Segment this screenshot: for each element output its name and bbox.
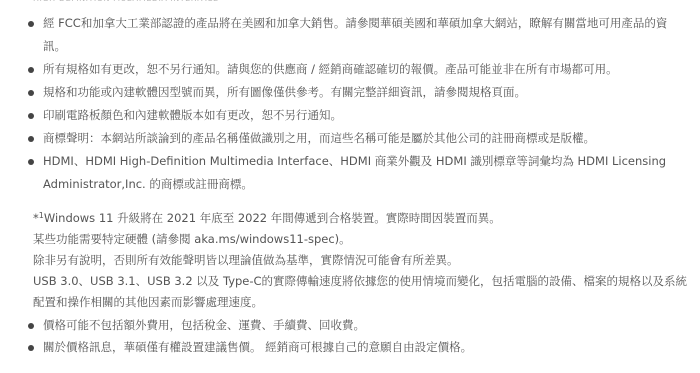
pricing-extra-fees: 價格可能不包括額外費用，包括稅金、運費、手續費、回收費。 bbox=[26, 314, 686, 336]
pricing-suggested-price: 關於價格訊息，華碩僅有權設置建議售價。 經銷商可根據自己的意願自由設定價格。 bbox=[26, 336, 686, 358]
performance-note: 除非另有說明，否則所有效能聲明皆以理論值做為基準，實際情況可能會有所差異。 bbox=[33, 250, 688, 271]
windows-note-paragraph: *1Windows 11 升級將在 2021 年底至 2022 年間傳遞到合格裝… bbox=[33, 205, 688, 229]
header-cut-text: HIGH-DEFINITION MULTIMEDIA INTERFACE bbox=[33, 0, 219, 3]
disclaimer-specs-change: 所有規格如有更改，恕不另行通知。請與您的供應商 / 經銷商確認確切的報價。產品可… bbox=[26, 58, 686, 81]
hardware-note: 某些功能需要特定硬體 (請參閱 aka.ms/windows11-spec)。 bbox=[33, 229, 688, 250]
disclaimer-list: 經 FCC和加拿大工業部認證的產品將在美國和加拿大銷售。請參閱華碩美國和華碩加拿… bbox=[26, 12, 686, 196]
footnotes: *1Windows 11 升級將在 2021 年底至 2022 年間傳遞到合格裝… bbox=[33, 205, 688, 313]
disclaimer-trademark: 商標聲明：本網站所談論到的產品名稱僅做識別之用，而這些名稱可能是屬於其他公司的註… bbox=[26, 127, 686, 150]
disclaimer-hdmi: HDMI、HDMI High-Definition Multimedia Int… bbox=[26, 150, 686, 196]
disclaimer-fcc: 經 FCC和加拿大工業部認證的產品將在美國和加拿大銷售。請參閱華碩美國和華碩加拿… bbox=[26, 12, 686, 58]
windows-note: Windows 11 升級將在 2021 年底至 2022 年間傳遞到合格裝置。… bbox=[44, 211, 501, 225]
disclaimer-pcb-color: 印刷電路板顏色和內建軟體版本如有更改，恕不另行通知。 bbox=[26, 104, 686, 127]
pricing-list: 價格可能不包括額外費用，包括稅金、運費、手續費、回收費。 關於價格訊息，華碩僅有… bbox=[26, 314, 686, 358]
disclaimer-features-vary: 規格和功能或內建軟體因型號而異，所有圖像僅供參考。有關完整詳細資訊，請參閱規格頁… bbox=[26, 81, 686, 104]
usb-note: USB 3.0、USB 3.1、USB 3.2 以及 Type-C的實際傳輸速度… bbox=[33, 271, 688, 313]
